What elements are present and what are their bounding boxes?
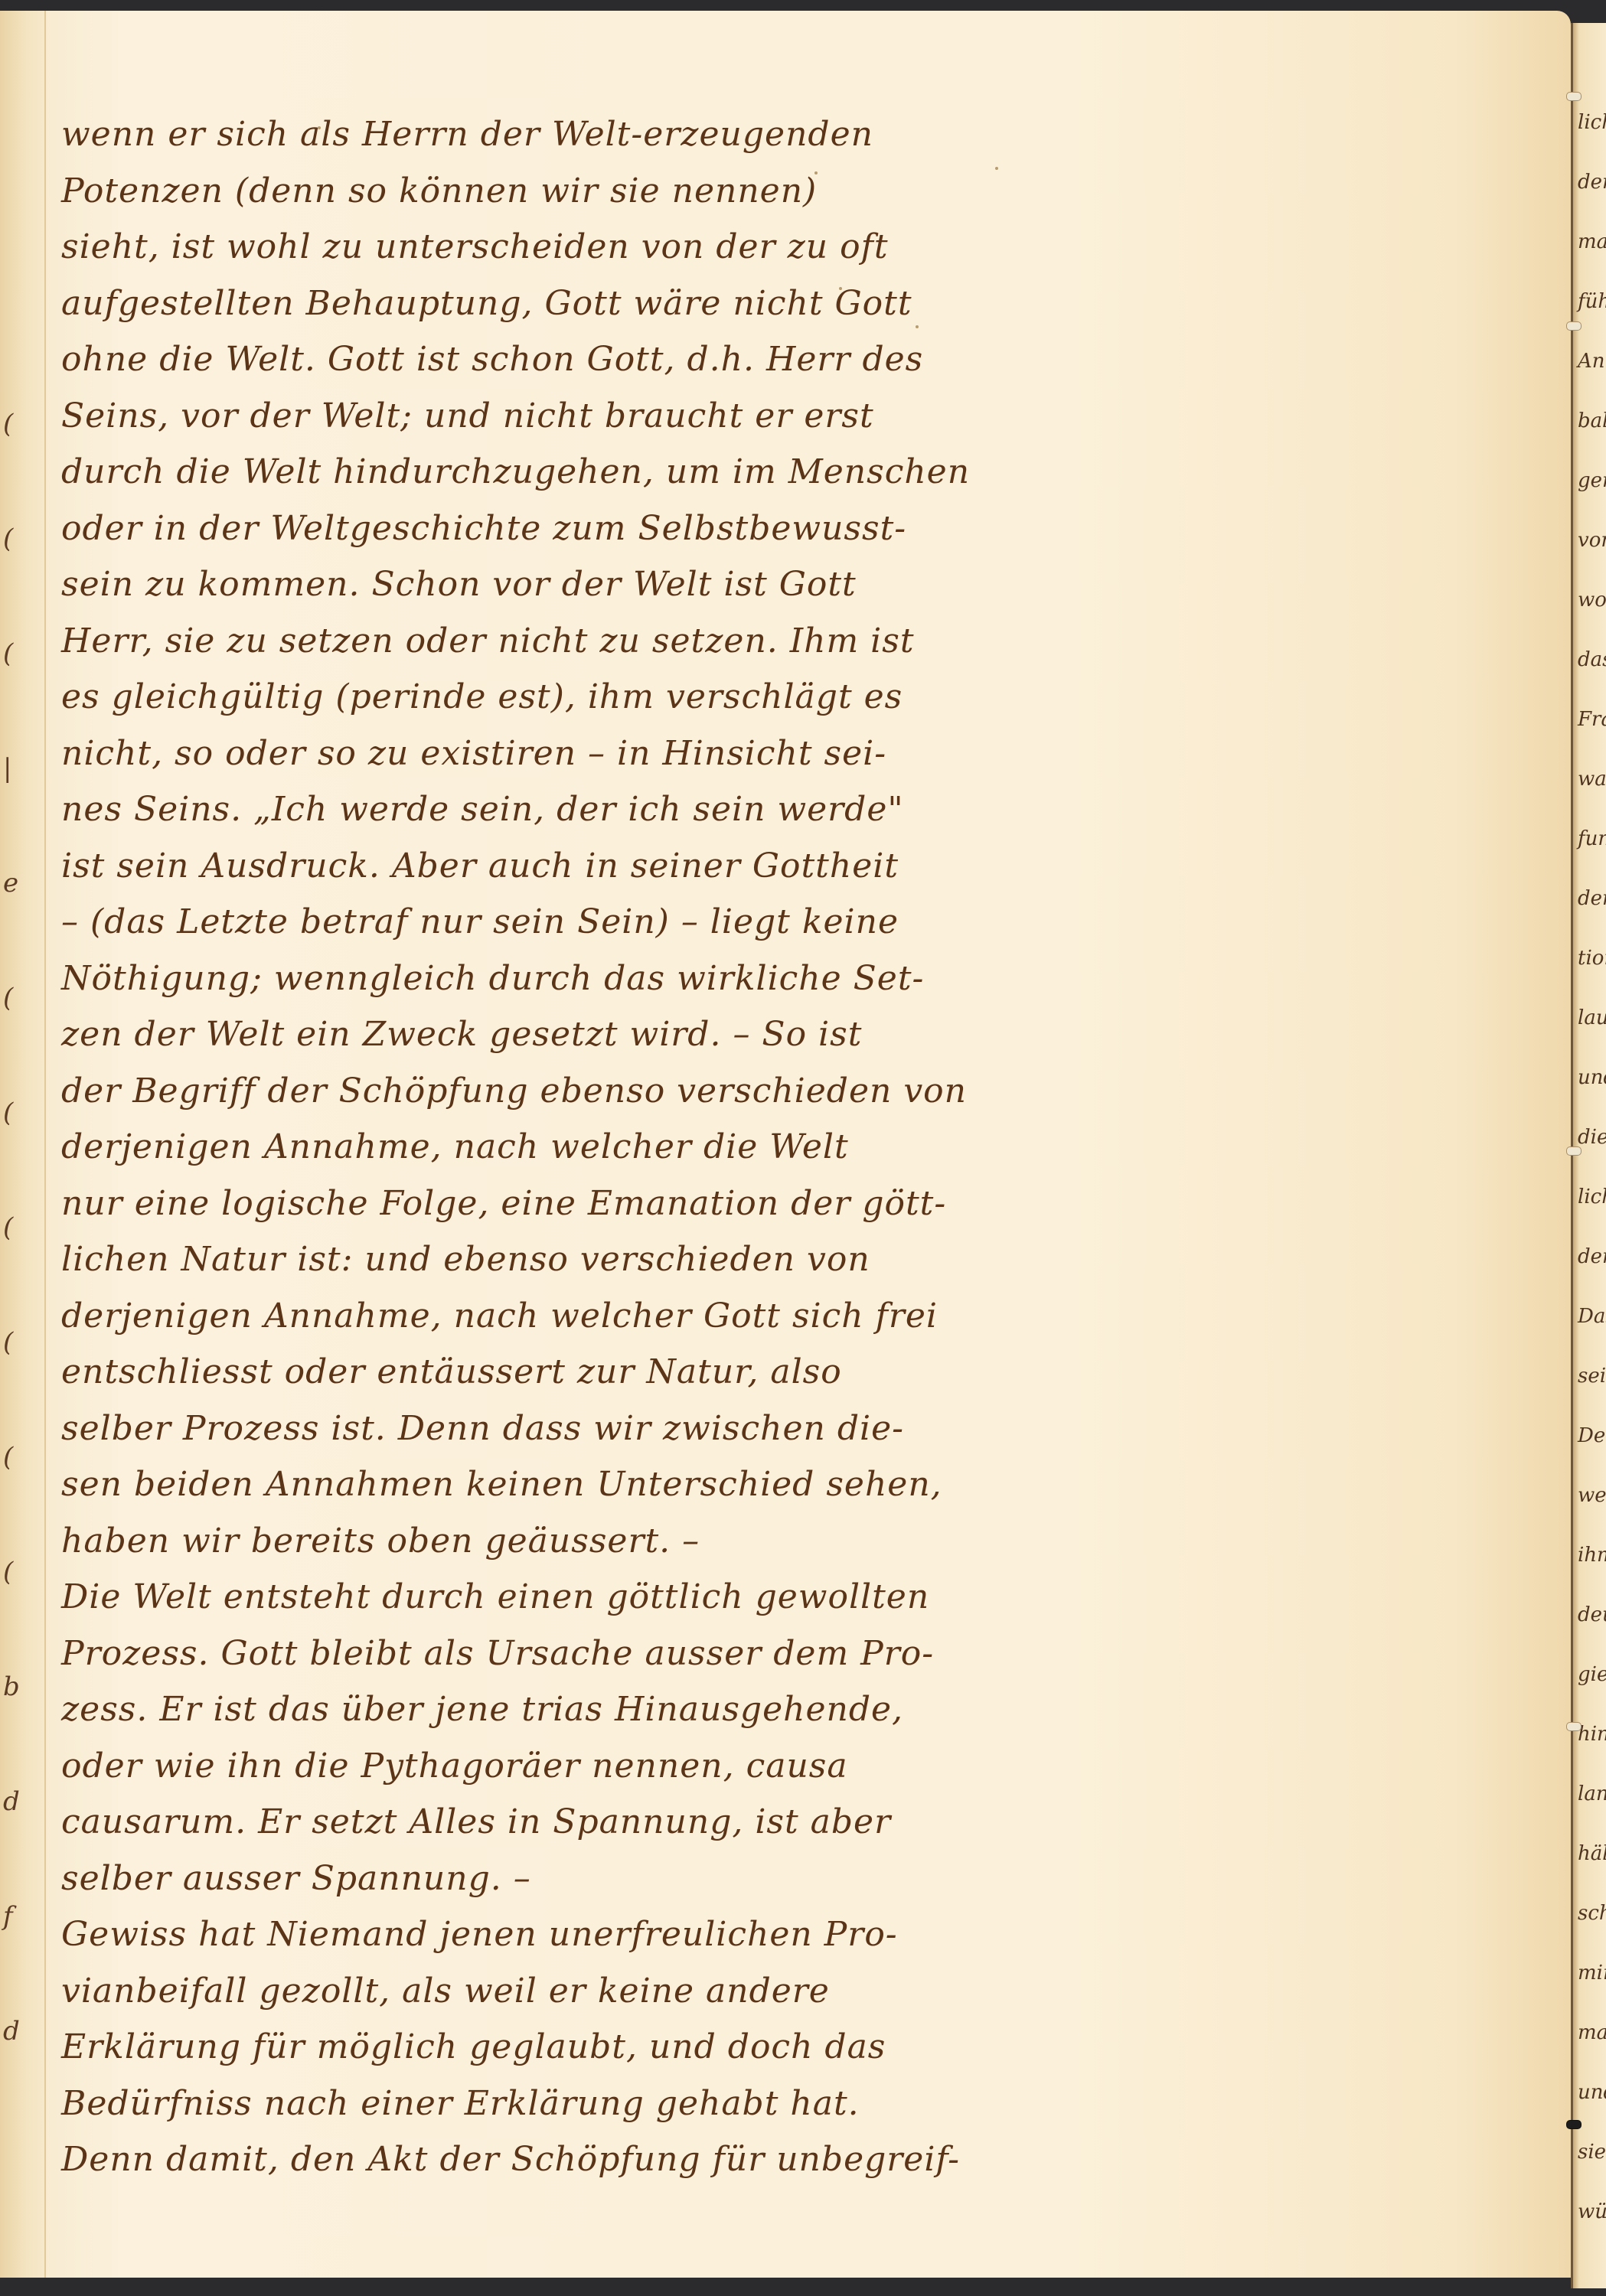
manuscript-line: selber ausser Spannung. – (61, 1859, 531, 1898)
previous-page-text-fragment: ( (3, 1442, 13, 1473)
next-page-text-fragment: Annahm (1578, 350, 1606, 373)
manuscript-line: entschliesst oder entäussert zur Natur, … (61, 1352, 842, 1391)
manuscript-line: Herr, sie zu setzen oder nicht zu setzen… (61, 621, 915, 660)
binding-thread (1566, 1722, 1582, 1731)
next-page-text-fragment: Das (1578, 1305, 1606, 1328)
next-page-text-fragment: lichen (1578, 1186, 1606, 1208)
next-page-text-fragment: schau (1578, 1902, 1606, 1925)
previous-page-text-fragment: ( (3, 1212, 13, 1243)
next-page-text-fragment: deutli (1578, 1603, 1606, 1626)
binding-thread (1566, 1146, 1582, 1156)
manuscript-line: oder in der Weltgeschichte zum Selbstbew… (61, 509, 906, 548)
next-page-text-fragment: sie ja (1578, 2141, 1606, 2164)
manuscript-line: derjenigen Annahme, nach welcher Gott si… (61, 1296, 938, 1336)
next-page-text-fragment: Denke (1578, 1424, 1606, 1447)
next-page-text-fragment: mind (1578, 1962, 1606, 1985)
next-page-text-fragment: ihm a (1578, 1544, 1606, 1567)
next-page-text-fragment: tion, s (1578, 947, 1606, 970)
next-page-text-fragment: und d (1578, 2081, 1606, 2104)
previous-page-text-fragment: ( (3, 1557, 13, 1587)
next-page-text-fragment: dass sie (1578, 648, 1606, 671)
next-page-text-fragment: hältn (1578, 1842, 1606, 1865)
manuscript-line: zess. Er ist das über jene trias Hinausg… (61, 1690, 903, 1729)
next-page-text-fragment: der sei (1578, 887, 1606, 910)
manuscript-line: – (das Letzte betraf nur sein Sein) – li… (61, 902, 899, 941)
manuscript-line: Bedürfniss nach einer Erklärung gehabt h… (61, 2084, 860, 2123)
previous-page-edge: (((|e((((((bdfd (0, 11, 46, 2278)
manuscript-line: oder wie ihn die Pythagoräer nennen, cau… (61, 1746, 848, 1786)
previous-page-text-fragment: | (3, 753, 11, 784)
next-page-text-fragment: lich zu e (1578, 111, 1606, 134)
previous-page-text-fragment: f (3, 1901, 13, 1932)
next-page-text-fragment: fung g (1578, 827, 1606, 850)
manuscript-line: lichen Natur ist: und ebenso verschieden… (61, 1240, 870, 1279)
next-page-text-fragment: die V (1578, 1126, 1606, 1149)
next-page-text-fragment: Fragen (1578, 708, 1606, 731)
binding-thread (1566, 321, 1582, 331)
next-page-text-fragment: lauf g (1578, 1006, 1606, 1029)
previous-page-text-fragment: ( (3, 1097, 13, 1128)
paper-speck (995, 167, 998, 170)
manuscript-line: wenn er sich als Herrn der Welt-erzeugen… (61, 115, 873, 154)
next-page-text-fragment: und d (1578, 1066, 1606, 1089)
next-page-text-fragment: würde (1578, 2200, 1606, 2223)
manuscript-line: haben wir bereits oben geäussert. – (61, 1521, 700, 1561)
manuscript-line: nicht, so oder so zu existiren – in Hins… (61, 734, 886, 773)
previous-page-text-fragment: d (3, 2016, 20, 2047)
next-page-text-fragment: hinzu (1578, 1723, 1606, 1746)
manuscript-line: zen der Welt ein Zweck gesetzt wird. – S… (61, 1015, 862, 1054)
manuscript-line: vianbeifall gezollt, als weil er keine a… (61, 1971, 830, 2011)
next-page-text-fragment: vor de (1578, 529, 1606, 552)
manuscript-line: selber Prozess ist. Denn dass wir zwisch… (61, 1409, 904, 1448)
next-page-text-fragment: welch (1578, 1484, 1606, 1507)
manuscript-line: nes Seins. „Ich werde sein, der ich sein… (61, 790, 904, 829)
next-page-text-fragment: man de (1578, 230, 1606, 253)
manuscript-line: causarum. Er setzt Alles in Spannung, is… (61, 1802, 891, 1841)
manuscript-line: Gewiss hat Niemand jenen unerfreulichen … (61, 1915, 898, 1954)
previous-page-text-fragment: ( (3, 638, 13, 669)
manuscript-line: nur eine logische Folge, eine Emanation … (61, 1184, 946, 1223)
manuscript-line: Denn damit, den Akt der Schöpfung für un… (61, 2140, 960, 2179)
previous-page-text-fragment: ( (3, 523, 13, 554)
next-page-text-fragment: der gö (1578, 1245, 1606, 1268)
binding-hole (1566, 2120, 1582, 2129)
manuscript-line: ist sein Ausdruck. Aber auch in seiner G… (61, 846, 899, 885)
previous-page-text-fragment: ( (3, 1327, 13, 1358)
manuscript-line: Erklärung für möglich geglaubt, und doch… (61, 2027, 886, 2066)
previous-page-text-fragment: e (3, 868, 18, 899)
manuscript-line: Potenzen (denn so können wir sie nennen) (61, 171, 817, 210)
manuscript-line: der Begriff der Schöpfung ebenso verschi… (61, 1071, 967, 1110)
paper-speck (318, 126, 321, 129)
next-page-text-fragment: derjenige (1578, 171, 1606, 194)
next-page-text-fragment: wollen (1578, 589, 1606, 612)
manuscript-line: Seins, vor der Welt; und nicht braucht e… (61, 396, 874, 435)
previous-page-text-fragment: d (3, 1786, 20, 1817)
manuscript-line: sen beiden Annahmen keinen Unterschied s… (61, 1465, 942, 1504)
previous-page-text-fragment: b (3, 1671, 20, 1702)
manuscript-line: sieht, ist wohl zu unterscheiden von der… (61, 227, 889, 266)
manuscript-line: es gleichgültig (perinde est), ihm versc… (61, 677, 903, 716)
manuscript-line: Nöthigung; wenngleich durch das wirklich… (61, 959, 924, 998)
manuscript-line: Die Welt entsteht durch einen göttlich g… (61, 1577, 929, 1616)
next-page-text-fragment: was z (1578, 768, 1606, 791)
next-page-text-fragment: bald die (1578, 409, 1606, 432)
next-page-text-fragment: giebt i (1578, 1663, 1606, 1686)
manuscript-line: ohne die Welt. Gott ist schon Gott, d.h.… (61, 340, 923, 379)
previous-page-text-fragment: ( (3, 409, 13, 439)
next-page-text-fragment: maass (1578, 2021, 1606, 2044)
manuscript-line: derjenigen Annahme, nach welcher die Wel… (61, 1127, 849, 1166)
manuscript-line: aufgestellten Behauptung, Gott wäre nich… (61, 284, 912, 323)
previous-page-text-fragment: ( (3, 983, 13, 1013)
next-page-edge: lich zu ederjenigeman defühl, isAnnahmba… (1571, 23, 1606, 2288)
paper-speck (916, 325, 919, 328)
paper-speck (814, 171, 818, 174)
manuscript-line: sein zu kommen. Schon vor der Welt ist G… (61, 565, 857, 604)
paper-speck (839, 287, 842, 290)
next-page-text-fragment: genomm (1578, 469, 1606, 492)
next-page-text-fragment: sein s (1578, 1365, 1606, 1388)
next-page-text-fragment: fühl, is (1578, 290, 1606, 313)
next-page-text-fragment: lanz, (1578, 1782, 1606, 1805)
binding-thread (1566, 92, 1582, 101)
manuscript-line: durch die Welt hindurchzugehen, um im Me… (61, 452, 970, 491)
manuscript-line: Prozess. Gott bleibt als Ursache ausser … (61, 1634, 934, 1673)
